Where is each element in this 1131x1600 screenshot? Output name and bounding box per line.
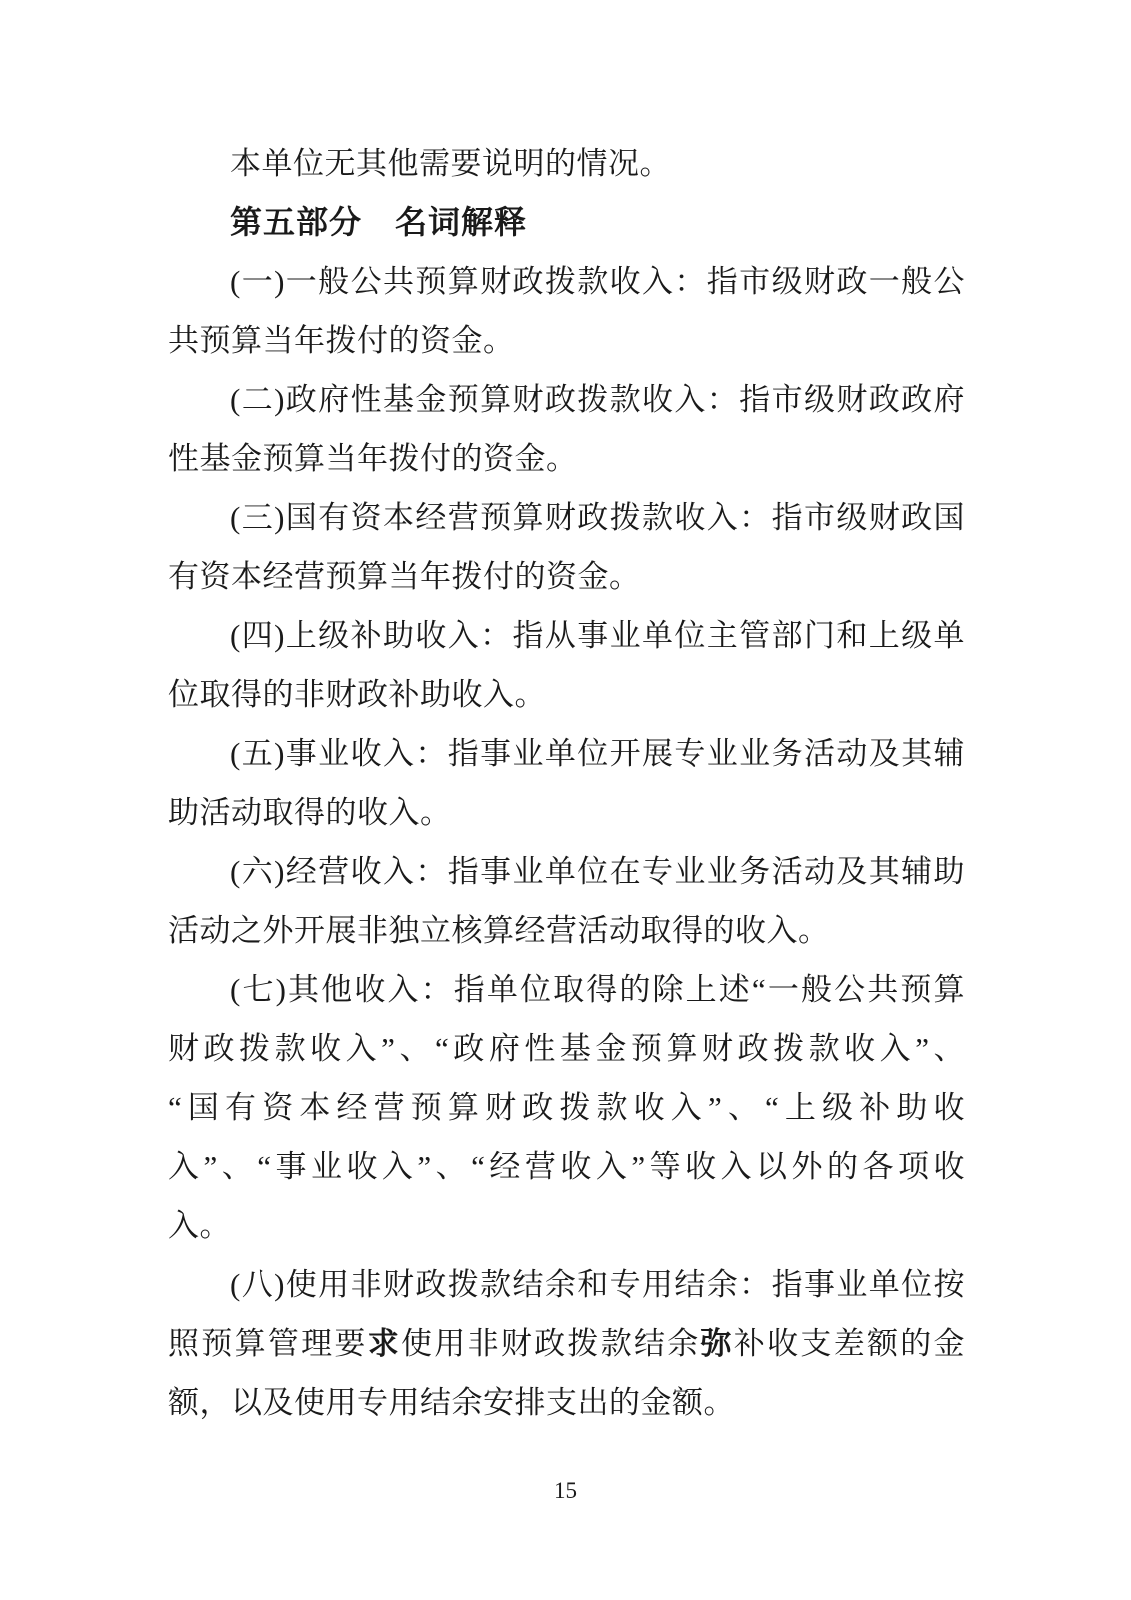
text-line: 共预算当年拨付的资金。: [168, 311, 965, 370]
section-heading: 第五部分 名词解释: [168, 193, 965, 252]
text-segment: (五)事业收入：指事业单位开展专业业务活动及其辅: [230, 736, 965, 771]
text-line: 入。: [168, 1196, 965, 1255]
text-line: (三)国有资本经营预算财政拨款收入：指市级财政国: [168, 488, 965, 547]
text-line: 第五部分 名词解释: [168, 193, 965, 252]
text-line: (四)上级补助收入：指从事业单位主管部门和上级单: [168, 606, 965, 665]
text-segment: 入”、“事业收入”、“经营收入”等收入以外的各项收: [168, 1149, 965, 1184]
text-line: (二)政府性基金预算财政拨款收入：指市级财政政府: [168, 370, 965, 429]
text-segment: 补收支差额的金: [734, 1326, 965, 1361]
text-line: 位取得的非财政补助收入。: [168, 665, 965, 724]
text-segment: 活动之外开展非独立核算经营活动取得的收入。: [168, 913, 830, 948]
paragraph-term-3: (三)国有资本经营预算财政拨款收入：指市级财政国有资本经营预算当年拨付的资金。: [168, 488, 965, 606]
emphasized-character: 弥: [701, 1326, 734, 1361]
paragraph-term-2: (二)政府性基金预算财政拨款收入：指市级财政政府性基金预算当年拨付的资金。: [168, 370, 965, 488]
page-footer: 15: [0, 1478, 1131, 1504]
paragraph-term-7: (七)其他收入：指单位取得的除上述“一般公共预算财政拨款收入”、“政府性基金预算…: [168, 960, 965, 1255]
text-segment: (七)其他收入：指单位取得的除上述“一般公共预算: [230, 972, 965, 1007]
document-body: 本单位无其他需要说明的情况。第五部分 名词解释(一)一般公共预算财政拨款收入：指…: [168, 134, 965, 1432]
text-segment: (二)政府性基金预算财政拨款收入：指市级财政政府: [230, 382, 965, 417]
text-segment: (三)国有资本经营预算财政拨款收入：指市级财政国: [230, 500, 965, 535]
paragraph-term-8: (八)使用非财政拨款结余和专用结余：指事业单位按照预算管理要求使用非财政拨款结余…: [168, 1255, 965, 1432]
text-segment: 性基金预算当年拨付的资金。: [168, 441, 578, 476]
page-number: 15: [554, 1478, 577, 1503]
text-segment: 使用非财政拨款结余: [401, 1326, 701, 1361]
text-segment: (六)经营收入：指事业单位在专业业务活动及其辅助: [230, 854, 965, 889]
text-segment: (四)上级补助收入：指从事业单位主管部门和上级单: [230, 618, 965, 653]
paragraph-term-6: (六)经营收入：指事业单位在专业业务活动及其辅助活动之外开展非独立核算经营活动取…: [168, 842, 965, 960]
emphasized-character: 求: [368, 1326, 401, 1361]
text-line: 活动之外开展非独立核算经营活动取得的收入。: [168, 901, 965, 960]
text-line: “国有资本经营预算财政拨款收入”、“上级补助收: [168, 1078, 965, 1137]
text-segment: 有资本经营预算当年拨付的资金。: [168, 559, 641, 594]
text-segment: 本单位无其他需要说明的情况。: [230, 146, 671, 181]
paragraph-term-5: (五)事业收入：指事业单位开展专业业务活动及其辅助活动取得的收入。: [168, 724, 965, 842]
text-line: (五)事业收入：指事业单位开展专业业务活动及其辅: [168, 724, 965, 783]
text-segment: 位取得的非财政补助收入。: [168, 677, 546, 712]
text-line: (七)其他收入：指单位取得的除上述“一般公共预算: [168, 960, 965, 1019]
text-line: (六)经营收入：指事业单位在专业业务活动及其辅助: [168, 842, 965, 901]
paragraph-closing-note: 本单位无其他需要说明的情况。: [168, 134, 965, 193]
paragraph-term-4: (四)上级补助收入：指从事业单位主管部门和上级单位取得的非财政补助收入。: [168, 606, 965, 724]
text-segment: 助活动取得的收入。: [168, 795, 452, 830]
text-segment: 入。: [168, 1208, 231, 1243]
text-line: (一)一般公共预算财政拨款收入：指市级财政一般公: [168, 252, 965, 311]
text-segment: (八)使用非财政拨款结余和专用结余：指事业单位按: [230, 1267, 965, 1302]
text-line: 财政拨款收入”、“政府性基金预算财政拨款收入”、: [168, 1019, 965, 1078]
text-segment: 共预算当年拨付的资金。: [168, 323, 515, 358]
text-line: 入”、“事业收入”、“经营收入”等收入以外的各项收: [168, 1137, 965, 1196]
text-line: (八)使用非财政拨款结余和专用结余：指事业单位按: [168, 1255, 965, 1314]
text-line: 额，以及使用专用结余安排支出的金额。: [168, 1373, 965, 1432]
text-segment: 财政拨款收入”、“政府性基金预算财政拨款收入”、: [168, 1031, 965, 1066]
text-line: 本单位无其他需要说明的情况。: [168, 134, 965, 193]
text-line: 有资本经营预算当年拨付的资金。: [168, 547, 965, 606]
text-line: 助活动取得的收入。: [168, 783, 965, 842]
text-segment: 照预算管理要: [168, 1326, 368, 1361]
text-segment: (一)一般公共预算财政拨款收入：指市级财政一般公: [230, 264, 965, 299]
text-line: 性基金预算当年拨付的资金。: [168, 429, 965, 488]
paragraph-term-1: (一)一般公共预算财政拨款收入：指市级财政一般公共预算当年拨付的资金。: [168, 252, 965, 370]
text-line: 照预算管理要求使用非财政拨款结余弥补收支差额的金: [168, 1314, 965, 1373]
text-segment: 额，以及使用专用结余安排支出的金额。: [168, 1385, 735, 1420]
document-page: 本单位无其他需要说明的情况。第五部分 名词解释(一)一般公共预算财政拨款收入：指…: [0, 0, 1131, 1600]
text-segment: 第五部分 名词解释: [230, 204, 527, 240]
text-segment: “国有资本经营预算财政拨款收入”、“上级补助收: [168, 1090, 965, 1125]
